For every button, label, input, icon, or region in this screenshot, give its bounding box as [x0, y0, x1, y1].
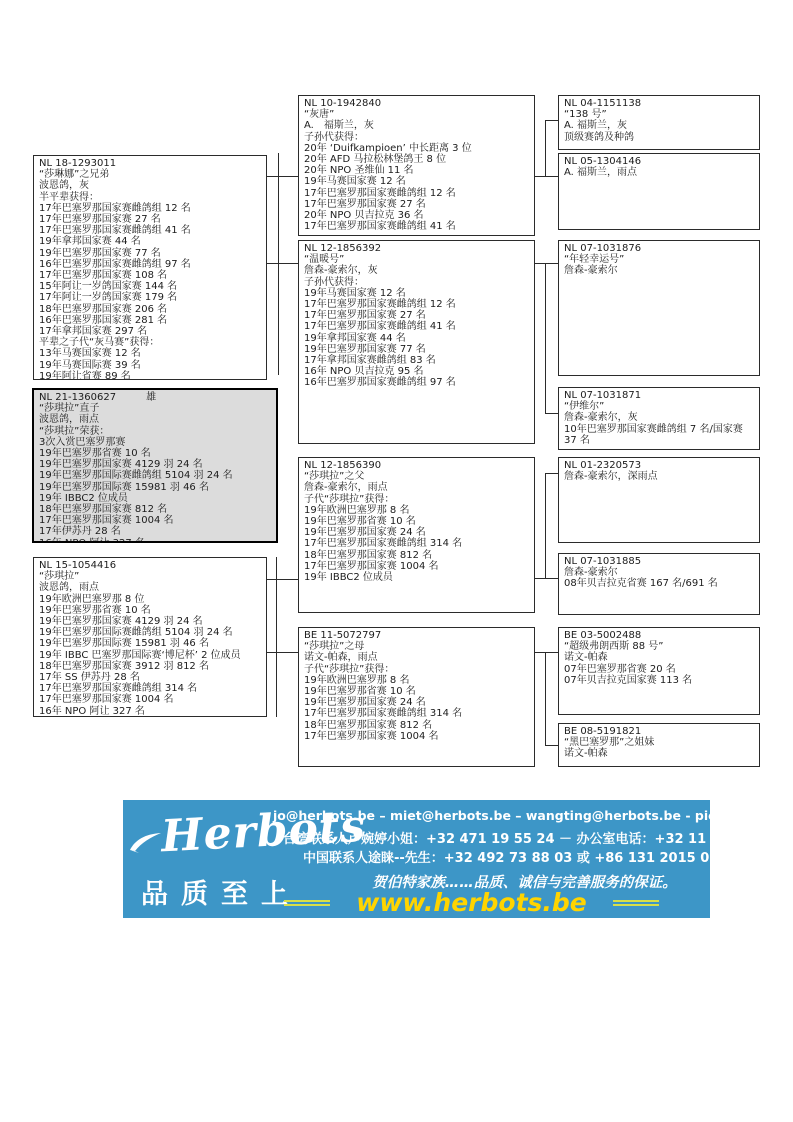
ring-number: NL 07-1031871	[564, 390, 757, 401]
pedigree-line: 17年伊苏丹 28 名	[39, 526, 274, 537]
connector-line	[545, 652, 546, 745]
pedigree-lines: 詹森-豪索尔08年贝吉拉克省赛 167 名/691 名	[564, 567, 757, 589]
pedigree-line: 17年巴塞罗那国家赛雌鸽组 41 名	[304, 321, 532, 332]
pedigree-line: “莎琪拉”之父	[304, 471, 532, 482]
pedigree-line: 19年巴塞罗那国际赛雌鸽组 5104 羽 24 名	[39, 470, 274, 481]
pedigree-line: 19年欧洲巴塞罗那 8 名	[304, 675, 532, 686]
pedigree-line: 18年巴塞罗那国家赛 812 名	[304, 720, 532, 731]
pedigree-line: 平辈之子代“灰马赛”获得：	[39, 337, 264, 348]
ring-number: NL 01-2320573	[564, 460, 757, 471]
pedigree-box-subject-nl21-1360627: NL 21-1360627雄 “莎琪拉”直子波恩鸽，雨点“莎琪拉”荣获：3次入赏…	[32, 388, 278, 543]
pedigree-line: 15年阿让一岁鸽国家赛 144 名	[39, 281, 264, 292]
pedigree-line: “伊维尔”	[564, 401, 757, 412]
pedigree-line: “超级弗朗西斯 88 号”	[564, 641, 757, 652]
pedigree-line: 詹森-豪索尔，深雨点	[564, 471, 757, 482]
pedigree-line: 17年巴塞罗那国家赛 1004 名	[39, 694, 264, 705]
pedigree-line: 18年巴塞罗那国家赛 3912 羽 812 名	[39, 661, 264, 672]
pedigree-line: “莎琪拉”之母	[304, 641, 532, 652]
pedigree-lines: “灰唐”A. 福斯兰，灰子孙代获得：20年 ‘Duifkampioen’ 中长距…	[304, 109, 532, 232]
pedigree-line: 17年巴塞罗那国家赛 108 名	[39, 270, 264, 281]
connector-line	[267, 579, 298, 580]
pedigree-line: 16年 NPO 阿让 327 名	[39, 706, 264, 717]
ring-number: NL 07-1031885	[564, 556, 757, 567]
pedigree-line: 诺文-帕森	[564, 748, 757, 759]
pedigree-line: “年轻幸运号”	[564, 254, 757, 265]
connector-line	[535, 578, 558, 579]
pedigree-lines: “莎琪拉”之父詹森-豪索尔，雨点子代“莎琪拉”获得：19年欧洲巴塞罗那 8 名1…	[304, 471, 532, 583]
connector-line	[545, 413, 558, 414]
pedigree-box-nl05-1304146: NL 05-1304146 A. 福斯兰，雨点	[558, 153, 760, 230]
pedigree-line: 詹森-豪索尔，灰	[304, 265, 532, 276]
contact-emails: jo@herbots.be – miet@herbots.be – wangti…	[273, 808, 707, 823]
pedigree-page: NL 18-1293011 “莎琳娜”之兄弟波恩鸽，灰半平辈获得：17年巴塞罗那…	[0, 0, 793, 1122]
ring-number: NL 10-1942840	[304, 98, 532, 109]
pedigree-line: 19年马赛国家赛 12 名	[304, 176, 532, 187]
pedigree-line: 18年巴塞罗那国家赛 812 名	[39, 504, 274, 515]
pedigree-line: 17年巴塞罗那国家赛 27 名	[304, 310, 532, 321]
pedigree-line: 19年巴塞罗那国家赛 24 名	[304, 697, 532, 708]
pedigree-line: 3次入赏巴塞罗那赛	[39, 437, 274, 448]
pedigree-line: 17年阿让一岁鸽国家赛 179 名	[39, 292, 264, 303]
pedigree-lines: “年轻幸运号”詹森-豪索尔	[564, 254, 757, 276]
website-url: www.herbots.be	[356, 890, 587, 915]
pedigree-line: A. 福斯兰，雨点	[564, 167, 757, 178]
pedigree-box-nl12-1856392: NL 12-1856392 “温暖号”詹森-豪索尔，灰子孙代获得：19年马赛国家…	[298, 240, 535, 444]
pedigree-box-nl12-1856390: NL 12-1856390 “莎琪拉”之父詹森-豪索尔，雨点子代“莎琪拉”获得：…	[298, 457, 535, 613]
pedigree-line: A. 福斯兰，灰	[304, 120, 532, 131]
taiwan-contact-line: 台湾联系人卢婉婷小姐：+32 471 19 55 24 － 办公室电话：+32 …	[283, 828, 706, 847]
pedigree-line: 17年巴塞罗那国家赛雌鸽组 314 名	[304, 708, 532, 719]
pedigree-line: “莎琪拉”	[39, 571, 264, 582]
pedigree-lines: 詹森-豪索尔，深雨点	[564, 471, 757, 482]
pedigree-line: A. 福斯兰，灰	[564, 120, 757, 131]
pedigree-line: 子代“莎琪拉”获得：	[304, 494, 532, 505]
pedigree-line: 19年巴塞罗那省赛 10 名	[304, 686, 532, 697]
connector-line	[545, 745, 558, 746]
pedigree-line: 18年巴塞罗那国家赛 206 名	[39, 304, 264, 315]
pedigree-line: 子代“莎琪拉”获得：	[304, 664, 532, 675]
pedigree-line: 19年马赛国家赛 12 名	[304, 288, 532, 299]
pedigree-line: 19年阿让省赛 89 名	[39, 371, 264, 380]
ring-number: BE 08-5191821	[564, 726, 757, 737]
pedigree-line: 16年 NPO 阿让 327 名	[39, 538, 274, 543]
pedigree-box-nl07-1031871: NL 07-1031871 “伊维尔”詹森-豪索尔，灰10年巴塞罗那国家赛雌鸽组…	[558, 387, 760, 450]
pedigree-line: 19年巴塞罗那国家赛 4129 羽 24 名	[39, 459, 274, 470]
pedigree-line: 19年巴塞罗那国家赛 24 名	[304, 527, 532, 538]
pedigree-box-be08-5191821: BE 08-5191821 “黑巴塞罗那”之姐妹诺文-帕森	[558, 723, 760, 767]
pedigree-box-nl10-1942840: NL 10-1942840 “灰唐”A. 福斯兰，灰子孙代获得：20年 ‘Dui…	[298, 95, 535, 236]
pedigree-line: 19年 IBBC2 位成员	[304, 572, 532, 583]
pedigree-line: 17年巴塞罗那国家赛雌鸽组 12 名	[304, 188, 532, 199]
pedigree-line: 顶级赛鸽及种鸽	[564, 132, 757, 143]
pedigree-line: 17年拿邦国家赛雌鸽组 83 名	[304, 355, 532, 366]
pedigree-line: 17年巴塞罗那国家赛雌鸽组 12 名	[304, 299, 532, 310]
pedigree-line: 子孙代获得：	[304, 277, 532, 288]
pedigree-line: 17年 SS 伊苏丹 28 名	[39, 672, 264, 683]
pedigree-line: 17年拿邦国家赛 297 名	[39, 326, 264, 337]
pedigree-line: 诺文-帕森，雨点	[304, 652, 532, 663]
pedigree-line: 17年巴塞罗那国家赛 1004 名	[304, 731, 532, 742]
pedigree-line: 16年巴塞罗那国家赛 281 名	[39, 315, 264, 326]
connector-line	[276, 557, 277, 717]
pedigree-line: 19年巴塞罗那国家赛 4129 羽 24 名	[39, 616, 264, 627]
pedigree-line: 16年巴塞罗那国家赛雌鸽组 97 名	[39, 259, 264, 270]
pedigree-line: 子孙代获得：	[304, 132, 532, 143]
pedigree-box-nl07-1031885: NL 07-1031885 詹森-豪索尔08年贝吉拉克省赛 167 名/691 …	[558, 553, 760, 615]
pedigree-line: 19年拿邦国家赛 44 名	[304, 333, 532, 344]
connector-line	[267, 176, 298, 177]
ring-number: NL 18-1293011	[39, 158, 264, 169]
pedigree-line: 19年巴塞罗那国家赛 77 名	[39, 248, 264, 259]
ring-number: NL 15-1054416	[39, 560, 264, 571]
connector-line	[535, 263, 558, 264]
ring-number: NL 05-1304146	[564, 156, 757, 167]
pedigree-line: 17年巴塞罗那国家赛 1004 名	[39, 515, 274, 526]
decorative-rule-right	[613, 900, 659, 906]
connector-line	[545, 473, 546, 578]
pedigree-line: 17年巴塞罗那国家赛雌鸽组 314 名	[39, 683, 264, 694]
pedigree-lines: “超级弗朗西斯 88 号”诺文-帕森07年巴塞罗那省赛 20 名07年贝吉拉克国…	[564, 641, 757, 686]
pedigree-line: 19年巴塞罗那省赛 10 名	[39, 605, 264, 616]
pedigree-box-nl01-2320573: NL 01-2320573 詹森-豪索尔，深雨点	[558, 457, 760, 543]
pedigree-lines: “莎琪拉”波恩鸽，雨点19年欧洲巴塞罗那 8 位19年巴塞罗那省赛 10 名19…	[39, 571, 264, 717]
pedigree-line: 19年 IBBC 巴塞罗那国际赛‘博尼杯’ 2 位成员	[39, 650, 264, 661]
pedigree-lines: “莎琪拉”之母诺文-帕森，雨点子代“莎琪拉”获得：19年欧洲巴塞罗那 8 名19…	[304, 641, 532, 742]
pedigree-line: 詹森-豪索尔	[564, 265, 757, 276]
china-contact-line: 中国联系人途睐--先生：+32 492 73 88 03 或 +86 131 2…	[303, 847, 686, 866]
pedigree-box-nl18-1293011: NL 18-1293011 “莎琳娜”之兄弟波恩鸽，灰半平辈获得：17年巴塞罗那…	[33, 155, 267, 380]
connector-line	[545, 473, 558, 474]
pedigree-line: 20年 AFD 马拉松林堡鸽王 8 位	[304, 154, 532, 165]
pedigree-lines: “莎琪拉”直子波恩鸽，雨点“莎琪拉”荣获：3次入赏巴塞罗那赛19年巴塞罗那省赛 …	[39, 403, 274, 543]
pedigree-line: “138 号”	[564, 109, 757, 120]
pedigree-box-be11-5072797: BE 11-5072797 “莎琪拉”之母诺文-帕森，雨点子代“莎琪拉”获得：1…	[298, 627, 535, 767]
pedigree-line: 詹森-豪索尔，灰	[564, 412, 757, 423]
pedigree-line: 16年巴塞罗那国家赛雌鸽组 97 名	[304, 377, 532, 388]
herbots-banner: Herbots 品质至上 jo@herbots.be – miet@herbot…	[123, 800, 710, 918]
pedigree-line: “黑巴塞罗那”之姐妹	[564, 737, 757, 748]
pedigree-line: 19年巴塞罗那省赛 10 名	[39, 448, 274, 459]
pedigree-line: 18年巴塞罗那国家赛 812 名	[304, 550, 532, 561]
pedigree-line: “莎琪拉”荣获：	[39, 426, 274, 437]
pedigree-line: “灰唐”	[304, 109, 532, 120]
pedigree-line: “莎琪拉”直子	[39, 403, 274, 414]
pedigree-line: 19年 IBBC2 位成员	[39, 493, 274, 504]
pedigree-lines: “黑巴塞罗那”之姐妹诺文-帕森	[564, 737, 757, 759]
pedigree-line: 17年巴塞罗那国家赛雌鸽组 314 名	[304, 538, 532, 549]
pedigree-line: “莎琳娜”之兄弟	[39, 169, 264, 180]
pedigree-line: “温暖号”	[304, 254, 532, 265]
pedigree-line: 诺文-帕森	[564, 652, 757, 663]
pedigree-line: 波恩鸽，雨点	[39, 582, 264, 593]
pedigree-line: 波恩鸽，灰	[39, 180, 264, 191]
pedigree-line: 07年贝吉拉克国家赛 113 名	[564, 675, 757, 686]
pedigree-lines: “莎琳娜”之兄弟波恩鸽，灰半平辈获得：17年巴塞罗那国家赛雌鸽组 12 名17年…	[39, 169, 264, 380]
feather-icon	[129, 832, 163, 858]
pedigree-line: 19年巴塞罗那省赛 10 名	[304, 516, 532, 527]
pedigree-line: 波恩鸽，雨点	[39, 414, 274, 425]
website-row: www.herbots.be	[243, 890, 700, 915]
pedigree-line: 19年巴塞罗那国家赛 77 名	[304, 344, 532, 355]
pedigree-box-nl04-1151138: NL 04-1151138 “138 号”A. 福斯兰，灰顶级赛鸽及种鸽	[558, 95, 760, 150]
pedigree-line: 19年欧洲巴塞罗那 8 位	[39, 594, 264, 605]
ring-number: BE 11-5072797	[304, 630, 532, 641]
pedigree-line: 08年贝吉拉克省赛 167 名/691 名	[564, 578, 757, 589]
pedigree-line: 17年巴塞罗那国家赛雌鸽组 12 名	[39, 203, 264, 214]
pedigree-line: 20年 ‘Duifkampioen’ 中长距离 3 位	[304, 143, 532, 154]
pedigree-line: 17年巴塞罗那国家赛 27 名	[39, 214, 264, 225]
pedigree-line: 16年 NPO 贝吉拉克 95 名	[304, 366, 532, 377]
pedigree-line: 20年 NPO 圣维仙 11 名	[304, 165, 532, 176]
pedigree-line: 19年巴塞罗那国际赛 15981 羽 46 名	[39, 482, 274, 493]
connector-line	[535, 652, 558, 653]
connector-line	[545, 263, 546, 413]
ring-number-text: NL 21-1360627	[39, 392, 116, 403]
connector-line	[545, 120, 558, 121]
ring-number: BE 03-5002488	[564, 630, 757, 641]
connector-line	[545, 120, 546, 177]
pedigree-line: 19年巴塞罗那国际赛 15981 羽 46 名	[39, 638, 264, 649]
pedigree-lines: “温暖号”詹森-豪索尔，灰子孙代获得：19年马赛国家赛 12 名17年巴塞罗那国…	[304, 254, 532, 388]
pedigree-box-nl15-1054416: NL 15-1054416 “莎琪拉”波恩鸽，雨点19年欧洲巴塞罗那 8 位19…	[33, 557, 267, 717]
pedigree-line: 17年巴塞罗那国家赛 27 名	[304, 199, 532, 210]
pedigree-line: 13年马赛国家赛 12 名	[39, 348, 264, 359]
pedigree-line: 17年巴塞罗那国家赛雌鸽组 41 名	[39, 225, 264, 236]
connector-line	[278, 153, 279, 375]
connector-line	[267, 652, 298, 653]
pedigree-line: 詹森-豪索尔，雨点	[304, 482, 532, 493]
sex-label: 雄	[146, 392, 156, 403]
pedigree-line: 19年巴塞罗那国际赛雌鸽组 5104 羽 24 名	[39, 627, 264, 638]
pedigree-line: 半平辈获得：	[39, 192, 264, 203]
decorative-rule-left	[284, 900, 330, 906]
connector-line	[267, 263, 298, 264]
pedigree-line: 詹森-豪索尔	[564, 567, 757, 578]
pedigree-line: 19年欧洲巴塞罗那 8 名	[304, 505, 532, 516]
pedigree-line: 07年巴塞罗那省赛 20 名	[564, 664, 757, 675]
pedigree-line: 19年拿邦国家赛 44 名	[39, 236, 264, 247]
pedigree-lines: A. 福斯兰，雨点	[564, 167, 757, 178]
ring-number: NL 07-1031876	[564, 243, 757, 254]
pedigree-lines: “伊维尔”詹森-豪索尔，灰10年巴塞罗那国家赛雌鸽组 7 名/国家赛 37 名	[564, 401, 757, 446]
pedigree-line: 19年马赛国际赛 39 名	[39, 360, 264, 371]
pedigree-line: 17年巴塞罗那国家赛雌鸽组 41 名	[304, 221, 532, 232]
ring-number: NL 04-1151138	[564, 98, 757, 109]
ring-number: NL 21-1360627雄	[39, 392, 274, 403]
pedigree-line: 20年 NPO 贝吉拉克 36 名	[304, 210, 532, 221]
ring-number: NL 12-1856392	[304, 243, 532, 254]
pedigree-lines: “138 号”A. 福斯兰，灰顶级赛鸽及种鸽	[564, 109, 757, 143]
pedigree-line: 10年巴塞罗那国家赛雌鸽组 7 名/国家赛 37 名	[564, 424, 757, 446]
pedigree-box-be03-5002488: BE 03-5002488 “超级弗朗西斯 88 号”诺文-帕森07年巴塞罗那省…	[558, 627, 760, 715]
connector-line	[535, 176, 558, 177]
pedigree-line: 17年巴塞罗那国家赛 1004 名	[304, 561, 532, 572]
ring-number: NL 12-1856390	[304, 460, 532, 471]
pedigree-box-nl07-1031876: NL 07-1031876 “年轻幸运号”詹森-豪索尔	[558, 240, 760, 376]
